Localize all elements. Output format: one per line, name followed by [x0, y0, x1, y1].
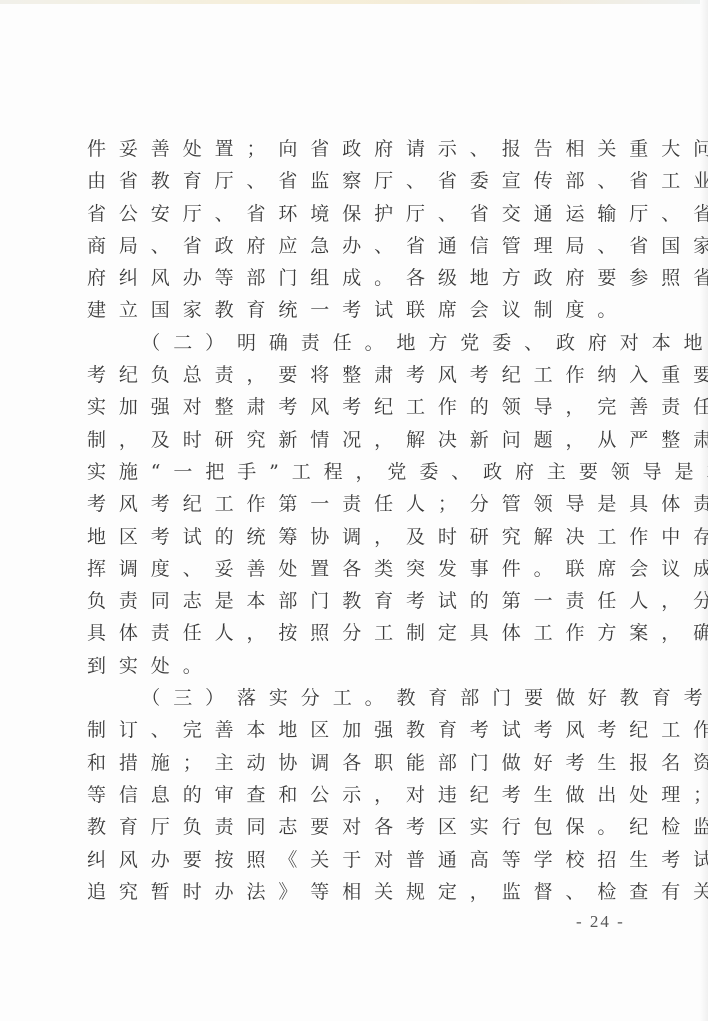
- text-line: 教育厅负责同志要对各考区实行包保。纪检监察部门、政府: [87, 811, 647, 843]
- text-line: 件妥善处置；向省政府请示、报告相关重大问题。联席会议: [87, 133, 647, 165]
- text-line: 挥调度、妥善处置各类突发事件。联席会议成员单位的主要: [87, 553, 647, 585]
- text-line: 到实处。: [87, 650, 647, 682]
- text-line: 府纠风办等部门组成。各级地方政府要参照省政府做法，: [87, 262, 647, 294]
- text-line: 制，及时研究新情况，解决新问题，从严整肃考试环境。要: [87, 424, 647, 456]
- text-line: 追究暂时办法》等相关规定，监督、检查有关招生考试政策: [87, 876, 647, 908]
- text-line: 实施“一把手”工程，党委、政府主要领导是本地教育考试: [87, 456, 647, 488]
- text-line: 制订、完善本地区加强教育考试考风考纪工作各项规章制度: [87, 714, 647, 746]
- text-line: 等信息的审查和公示，对违纪考生做出处理；考试期间，省: [87, 779, 647, 811]
- section-heading-line: （二）明确责任。地方党委、政府对本地教育考试考风: [87, 327, 647, 359]
- text-line: 建立国家教育统一考试联席会议制度。: [87, 294, 647, 326]
- section-heading-line: （三）落实分工。教育部门要做好教育考试的管理工作。: [87, 682, 647, 714]
- scan-top-edge: [0, 0, 708, 4]
- text-line: 省公安厅、省环境保护厅、省交通运输厅、省卫生厅、省工: [87, 198, 647, 230]
- text-line: 具体责任人，按照分工制定具体工作方案，确保各项措施落: [87, 617, 647, 649]
- text-line: 负责同志是本部门教育考试的第一责任人，分管负责同志是: [87, 585, 647, 617]
- text-line: 纠风办要按照《关于对普通高等学校招生考试违规行为责任: [87, 844, 647, 876]
- document-body: 件妥善处置；向省政府请示、报告相关重大问题。联席会议 由省教育厅、省监察厅、省委…: [87, 133, 647, 908]
- text-line: 地区考试的统筹协调，及时研究解决工作中存在的问题，指: [87, 521, 647, 553]
- text-line: 和措施；主动协调各职能部门做好考生报名资格、照顾加分: [87, 747, 647, 779]
- text-line: 实加强对整肃考风考纪工作的领导，完善责任制和责任追究: [87, 391, 647, 423]
- text-line: 考纪负总责，要将整肃考风考纪工作纳入重要议事日程，切: [87, 359, 647, 391]
- text-line: 商局、省政府应急办、省通信管理局、省国家保密局、省政: [87, 230, 647, 262]
- text-line: 考风考纪工作第一责任人；分管领导是具体责任人，负责本: [87, 488, 647, 520]
- text-line: 由省教育厅、省监察厅、省委宣传部、省工业和信息化厅、: [87, 165, 647, 197]
- page-number: - 24 -: [576, 912, 625, 932]
